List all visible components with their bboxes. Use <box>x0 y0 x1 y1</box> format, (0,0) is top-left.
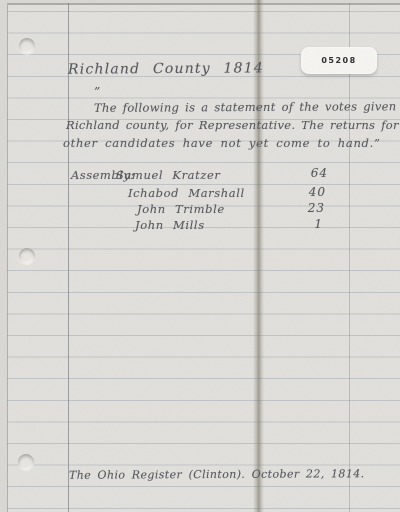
page-title: Richland County 1814 <box>68 60 264 77</box>
scanned-document-page: 05208 Richland County 1814 ” The followi… <box>0 0 400 512</box>
quote-open-mark: ” <box>94 85 100 99</box>
candidate-name: John Mills <box>135 218 205 232</box>
quote-line-3: other candidates have not yet come to ha… <box>63 136 381 150</box>
candidate-name: John Trimble <box>137 202 225 216</box>
crease-shadow <box>253 0 264 512</box>
quote-line-2: Richland county, for Representative. The… <box>66 118 400 132</box>
punch-hole-bottom <box>18 454 34 470</box>
candidate-votes: 40 <box>294 185 326 199</box>
candidate-name: Samuel Kratzer <box>116 168 221 182</box>
ledger-column-line <box>349 3 350 512</box>
candidate-name: Ichabod Marshall <box>128 186 245 200</box>
punch-hole-middle <box>19 248 35 264</box>
punch-hole-top <box>19 38 35 54</box>
quote-line-1: The following is a statement of the vote… <box>94 99 400 115</box>
ruled-lines <box>7 11 400 512</box>
catalog-number: 05208 <box>321 56 356 65</box>
left-margin-line <box>68 3 69 512</box>
source-citation: The Ohio Register (Clinton). October 22,… <box>69 467 365 482</box>
candidate-votes: 23 <box>293 201 325 215</box>
catalog-sticker: 05208 <box>301 47 377 74</box>
candidate-votes: 1 <box>291 217 323 231</box>
candidate-votes: 64 <box>296 166 328 180</box>
